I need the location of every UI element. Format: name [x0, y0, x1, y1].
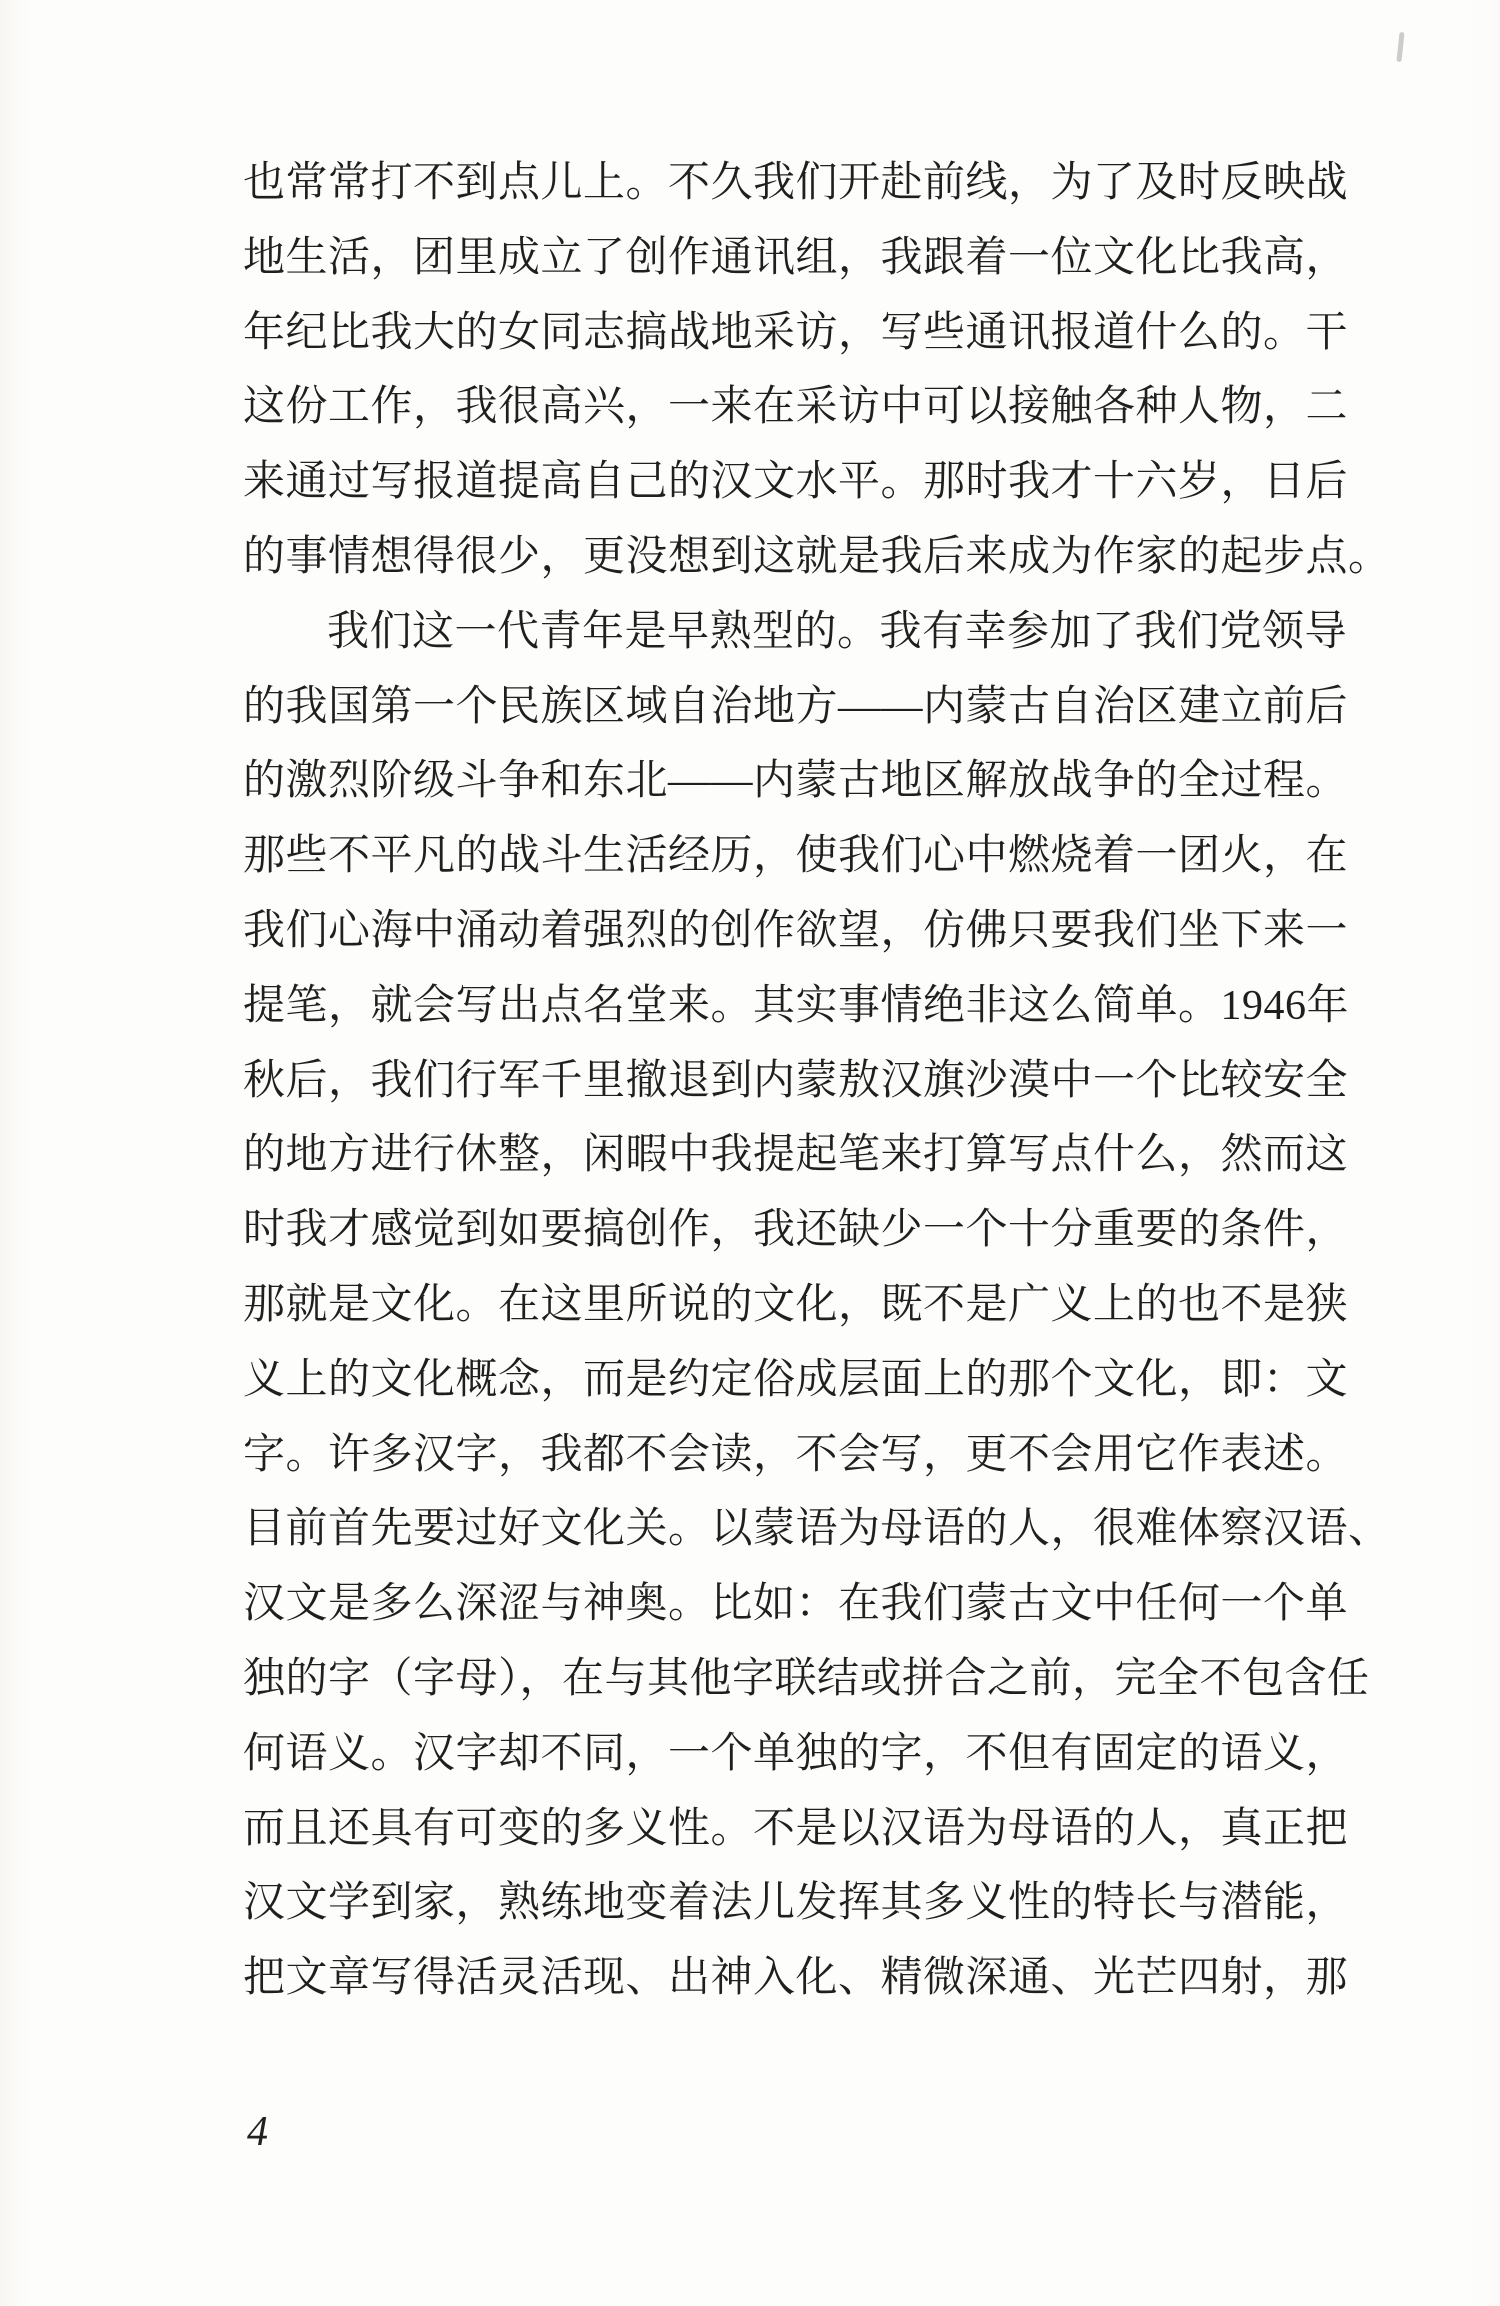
text-line: 目前首先要过好文化关。以蒙语为母语的人，很难体察汉语、 — [243, 1492, 1325, 1567]
text-line: 这份工作，我很高兴，一来在采访中可以接触各种人物，二 — [243, 370, 1325, 445]
text-line: 而且还具有可变的多义性。不是以汉语为母语的人，真正把 — [243, 1792, 1325, 1867]
paragraph-main: 我们这一代青年是早熟型的。我有幸参加了我们党领导 的我国第一个民族区域自治地方—… — [243, 595, 1325, 2016]
text-block: 也常常打不到点儿上。不久我们开赴前线，为了及时反映战 地生活，团里成立了创作通讯… — [243, 146, 1325, 2016]
text-line: 汉文学到家，熟练地变着法儿发挥其多义性的特长与潜能， — [243, 1866, 1325, 1941]
text-line: 那些不平凡的战斗生活经历，使我们心中燃烧着一团火，在 — [243, 819, 1325, 894]
scan-artifact — [1396, 32, 1404, 62]
page-number: 4 — [247, 2108, 268, 2156]
paragraph-continuation: 也常常打不到点儿上。不久我们开赴前线，为了及时反映战 地生活，团里成立了创作通讯… — [243, 146, 1325, 595]
text-line: 我们这一代青年是早熟型的。我有幸参加了我们党领导 — [243, 595, 1325, 670]
text-line: 时我才感觉到如要搞创作，我还缺少一个十分重要的条件， — [243, 1193, 1325, 1268]
text-line: 何语义。汉字却不同，一个单独的字，不但有固定的语义， — [243, 1717, 1325, 1792]
text-line: 年纪比我大的女同志搞战地采访，写些通讯报道什么的。干 — [243, 296, 1325, 371]
text-line: 那就是文化。在这里所说的文化，既不是广义上的也不是狭 — [243, 1268, 1325, 1343]
text-line: 来通过写报道提高自己的汉文水平。那时我才十六岁，日后 — [243, 445, 1325, 520]
text-line: 提笔，就会写出点名堂来。其实事情绝非这么简单。1946年 — [243, 969, 1325, 1044]
text-line: 义上的文化概念，而是约定俗成层面上的那个文化，即：文 — [243, 1343, 1325, 1418]
book-page: 也常常打不到点儿上。不久我们开赴前线，为了及时反映战 地生活，团里成立了创作通讯… — [0, 0, 1500, 2306]
text-line: 的地方进行休整，闲暇中我提起笔来打算写点什么，然而这 — [243, 1118, 1325, 1193]
text-line: 字。许多汉字，我都不会读，不会写，更不会用它作表述。 — [243, 1418, 1325, 1493]
text-line: 地生活，团里成立了创作通讯组，我跟着一位文化比我高， — [243, 221, 1325, 296]
text-line: 我们心海中涌动着强烈的创作欲望，仿佛只要我们坐下来一 — [243, 894, 1325, 969]
text-line: 的我国第一个民族区域自治地方——内蒙古自治区建立前后 — [243, 670, 1325, 745]
text-line: 秋后，我们行军千里撤退到内蒙敖汉旗沙漠中一个比较安全 — [243, 1044, 1325, 1119]
text-line: 的激烈阶级斗争和东北——内蒙古地区解放战争的全过程。 — [243, 744, 1325, 819]
text-line: 的事情想得很少，更没想到这就是我后来成为作家的起步点。 — [243, 520, 1325, 595]
text-line: 汉文是多么深涩与神奥。比如：在我们蒙古文中任何一个单 — [243, 1567, 1325, 1642]
text-line: 把文章写得活灵活现、出神入化、精微深通、光芒四射，那 — [243, 1941, 1325, 2016]
text-line: 也常常打不到点儿上。不久我们开赴前线，为了及时反映战 — [243, 146, 1325, 221]
text-line: 独的字（字母），在与其他字联结或拼合之前，完全不包含任 — [243, 1642, 1325, 1717]
